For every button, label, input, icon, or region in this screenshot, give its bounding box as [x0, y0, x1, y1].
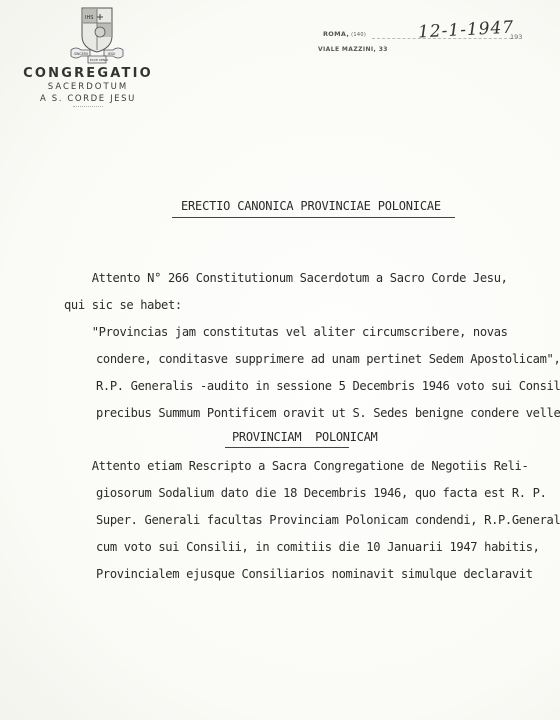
document-title: ERECTIO CANONICA PROVINCIAE POLONICAE	[181, 199, 441, 213]
place-label: ROMA,(140)	[323, 30, 366, 38]
svg-text:IHS: IHS	[85, 15, 93, 21]
text-line: Attento etiam Rescripto a Sacra Congrega…	[64, 459, 528, 473]
organization-name: CONGREGATIO	[14, 66, 162, 81]
organization-subtitle-2: A S. CORDE JESU	[14, 94, 162, 104]
text-line: giosorum Sodalium dato die 18 Decembris …	[96, 486, 547, 500]
svg-text:IESU: IESU	[108, 52, 116, 56]
svg-text:SINCERO: SINCERO	[74, 52, 89, 56]
address: VIALE MAZZINI, 33	[318, 46, 388, 53]
text-line: "Provincias jam constitutas vel aliter c…	[64, 325, 508, 339]
title-underline	[172, 217, 455, 218]
svg-text:ECCE VENIO: ECCE VENIO	[90, 58, 109, 62]
coat-of-arms-icon: IHS SINCERO IESU ECCE VENIO	[70, 6, 124, 66]
section-heading: PROVINCIAM POLONICAM	[232, 430, 377, 444]
place-text: ROMA,	[323, 30, 349, 38]
text-line: R.P. Generalis -audito in sessione 5 Dec…	[96, 379, 560, 393]
place-code: (140)	[351, 32, 366, 38]
text-line: condere, conditasve supprimere ad unam p…	[96, 352, 560, 366]
text-line: Attento N° 266 Constitutionum Sacerdotum…	[64, 271, 508, 285]
text-line: Provincialem ejusque Consiliarios nomina…	[96, 567, 533, 581]
text-line: qui sic se habet:	[64, 298, 182, 312]
text-line: Super. Generali facultas Provinciam Polo…	[96, 513, 560, 527]
text-line: cum voto sui Consilii, in comitiis die 1…	[96, 540, 540, 554]
document-page: IHS SINCERO IESU ECCE VENIO CONGREGATIO …	[0, 0, 560, 720]
section-heading-underline	[225, 447, 349, 448]
text-line: precibus Summum Pontificem oravit ut S. …	[96, 406, 560, 420]
year-prefix: 193	[510, 33, 522, 41]
decorative-divider	[73, 106, 103, 108]
organization-subtitle: SACERDOTUM	[14, 82, 162, 92]
